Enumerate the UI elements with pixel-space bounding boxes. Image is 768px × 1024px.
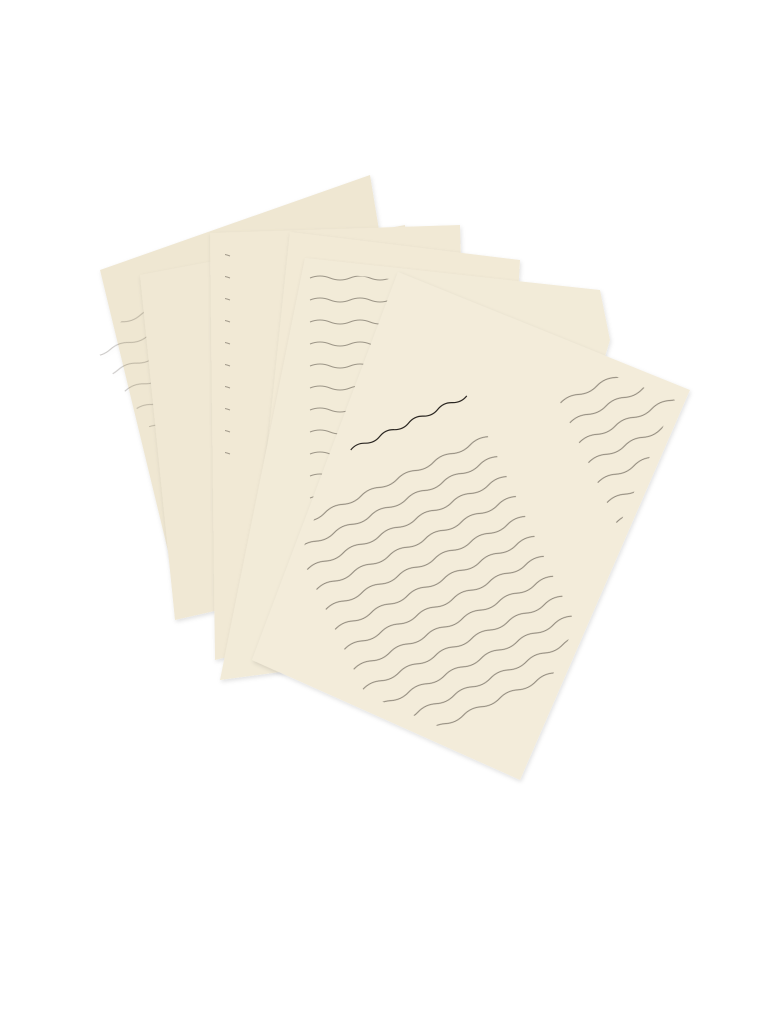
manuscript-photo: Photograph of six fanned sheets of handw… [0,0,768,1024]
